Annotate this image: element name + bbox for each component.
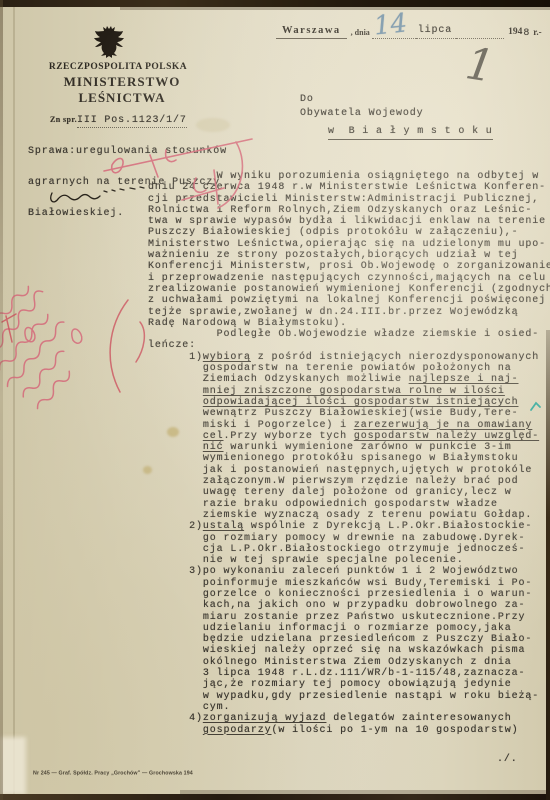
ref-label: Zn spr. [50,115,77,124]
typed-line: jąc,że rozmiary tej pomocy obowiązują je… [148,679,550,690]
typed-line: nić warunki wymienione zarówno w punkcie… [148,442,550,453]
typed-line: tejże sprawie,zwołanej w dn.24.III.br.pr… [148,307,550,318]
typed-line: wymienionego protokółu spisanego w Biały… [148,453,550,464]
scan-edge-top-shadow [120,7,550,10]
typed-line: miski i Pogorzelce) i zarezerwują je na … [148,420,550,431]
typed-line: w wypadku,gdy przesiedlenie nastąpi w ro… [148,691,550,702]
typed-line: 3 lipca 1948 r.L.dz.111/WR/b-1-115/48,za… [148,668,550,679]
typed-line: cel.Przy wyborze tych gospodarstw należy… [148,431,550,442]
typed-line: cym. [148,702,550,713]
dateline-r-suffix: r.- [530,27,541,39]
typed-line: nie w tej sprawie specjalne polecenie. [148,555,550,566]
recipient-to: Do [300,94,314,105]
typed-line: Rolnictwa i Reform Rolnych,Ziem Odzyskan… [148,205,550,216]
typed-line: zrealizowanie postanowień wymienionej Ko… [148,284,550,295]
typed-line: go rozmiary pomocy w drewnie na zabudowę… [148,533,550,544]
typed-line: ziemskie wyznaczą osady z terenu powiatu… [148,510,550,521]
typed-line: Ziemiach Odzyskanych możliwie najlepsze … [148,374,550,385]
typed-line: Ministerstwo Leśnictwa,opierając się na … [148,239,550,250]
typed-line: załączonym.W pierwszym rzędzie należy br… [148,476,550,487]
dateline-city: Warszawa [276,25,347,39]
typed-line: odpowiadającej ilości gospodarstw istnie… [148,397,550,408]
torn-corner-bottom-left [0,737,26,795]
handwritten-day: 14 [372,8,408,41]
typed-line: cja L.P.Okr.Białostockiego otrzymuje jed… [148,544,550,555]
reference-number-line: Zn spr.III Pos.1123/1/7 [28,115,227,126]
dateline-blank: 14 [372,24,416,39]
typed-line: gospodarstw na terenie powiatów położony… [148,363,550,374]
dateline-year-digit: 8 [523,28,530,39]
subject-line: Sprawa:uregulowania stosunków [28,147,227,157]
red-pencil-bracket [2,300,144,392]
typed-line: i przeprowadzenie następujących czynnośc… [148,273,550,284]
dateline: Warszawa, dnia14lipca1948r.- [276,24,542,39]
typed-line: mniej zniszczone gospodarstwa rolne w il… [148,386,550,397]
dateline-blank [456,24,504,39]
printer-imprint: Nr 245 — Graf. Spółdz. Pracy „Grochów” —… [33,770,193,776]
scan-edge-top [0,0,550,7]
typed-line: poinformuje mieszkańców wsi Budy,Teremis… [148,578,550,589]
typed-line: dniu 24 czerwca 1948 r.w Ministerstwie L… [148,182,550,193]
typed-line: 1)wybiorą z pośród istniejących nierozdy… [148,352,550,363]
typed-line: Radę Narodową w Białymstoku). [148,318,550,329]
scan-edge-left [0,0,3,800]
dateline-dnia-label: , dnia [347,28,372,39]
typed-line: będzie udzielana przesiedleńcom z Puszcz… [148,634,550,645]
typed-body: W wyniku porozumienia osiągniętego na od… [148,171,550,736]
typed-line: W wyniku porozumienia osiągniętego na od… [148,171,550,182]
typed-line: kach,na jakich ono w przypadku dobrowoln… [148,600,550,611]
typed-line: uwagę tereny dalej położone od granicy,l… [148,487,550,498]
typed-line: z uchwałami powziętymi na lokalnej Konfe… [148,295,550,306]
typed-line: wieskiej należy oprzeć się na wskazówkac… [148,645,550,656]
typed-line: Konferencji Ministerstw, prosi Ob.Wojewo… [148,261,550,272]
scan-edge-bottom [0,794,550,800]
typed-line: 3)po wykonaniu zaleceń punktów 1 i 2 Woj… [148,566,550,577]
typed-line: udzielaniu informacji o rozmiarze pomocy… [148,623,550,634]
typed-line: gorzelce o konieczności przesiedlenia i … [148,589,550,600]
handwritten-page-number: 1 [462,38,498,93]
typed-line: 2)ustalą wspólnie z Dyrekcją L.P.Okr.Bia… [148,521,550,532]
typed-line: twa w sprawie wypasów bydła i likwidacji… [148,216,550,227]
polish-eagle-emblem-icon [92,26,126,67]
letterhead-republic: RZECZPOSPOLITA POLSKA [30,62,206,72]
document-page: RZECZPOSPOLITA POLSKA MINISTERSTWO LEŚNI… [0,0,550,800]
scan-edge-right [546,330,550,800]
typed-line: leńcze: [148,340,550,351]
typed-line: cji przedstawicieli Ministerstw:Administ… [148,194,550,205]
typed-line: 4)zorganizują wyjazd delegatów zainteres… [148,713,550,724]
dateline-year-prefix: 194 [504,27,523,39]
scan-edge-bottom-shadow [180,790,550,794]
typed-line: wewnątrz Puszczy Białowieskiej(wsie Budy… [148,408,550,419]
recipient-city: w B i a ł y m s t o k u [328,126,493,140]
typed-line: miaru zostanie przez Państwo uskutecznio… [148,612,550,623]
red-pencil-margin-note [0,278,101,415]
recipient-name: Obywatela Wojewody [300,108,424,119]
ref-number: III Pos.1123/1/7 [77,115,187,128]
typed-line: Podległe Ob.Wojewodzie władze ziemskie i… [148,329,550,340]
typed-line: jak i postanowień następnych,ujętych w p… [148,465,550,476]
paper-crease [13,0,15,800]
dateline-month: lipca [416,25,456,39]
typed-line: okólnego Ministerstwa Ziem Odzyskanych z… [148,657,550,668]
typed-line: Puszczy Białowieskiej (odpis protokółu w… [148,227,550,238]
typed-line: razie braku odpowiednich gospodarstw wła… [148,499,550,510]
typed-line: ważnieniu ze strony pozostałych,biorącyc… [148,250,550,261]
typed-line: gospodarzy(w ilości po 1-ym na 10 gospod… [148,725,550,736]
continuation-mark: ./. [497,754,518,765]
